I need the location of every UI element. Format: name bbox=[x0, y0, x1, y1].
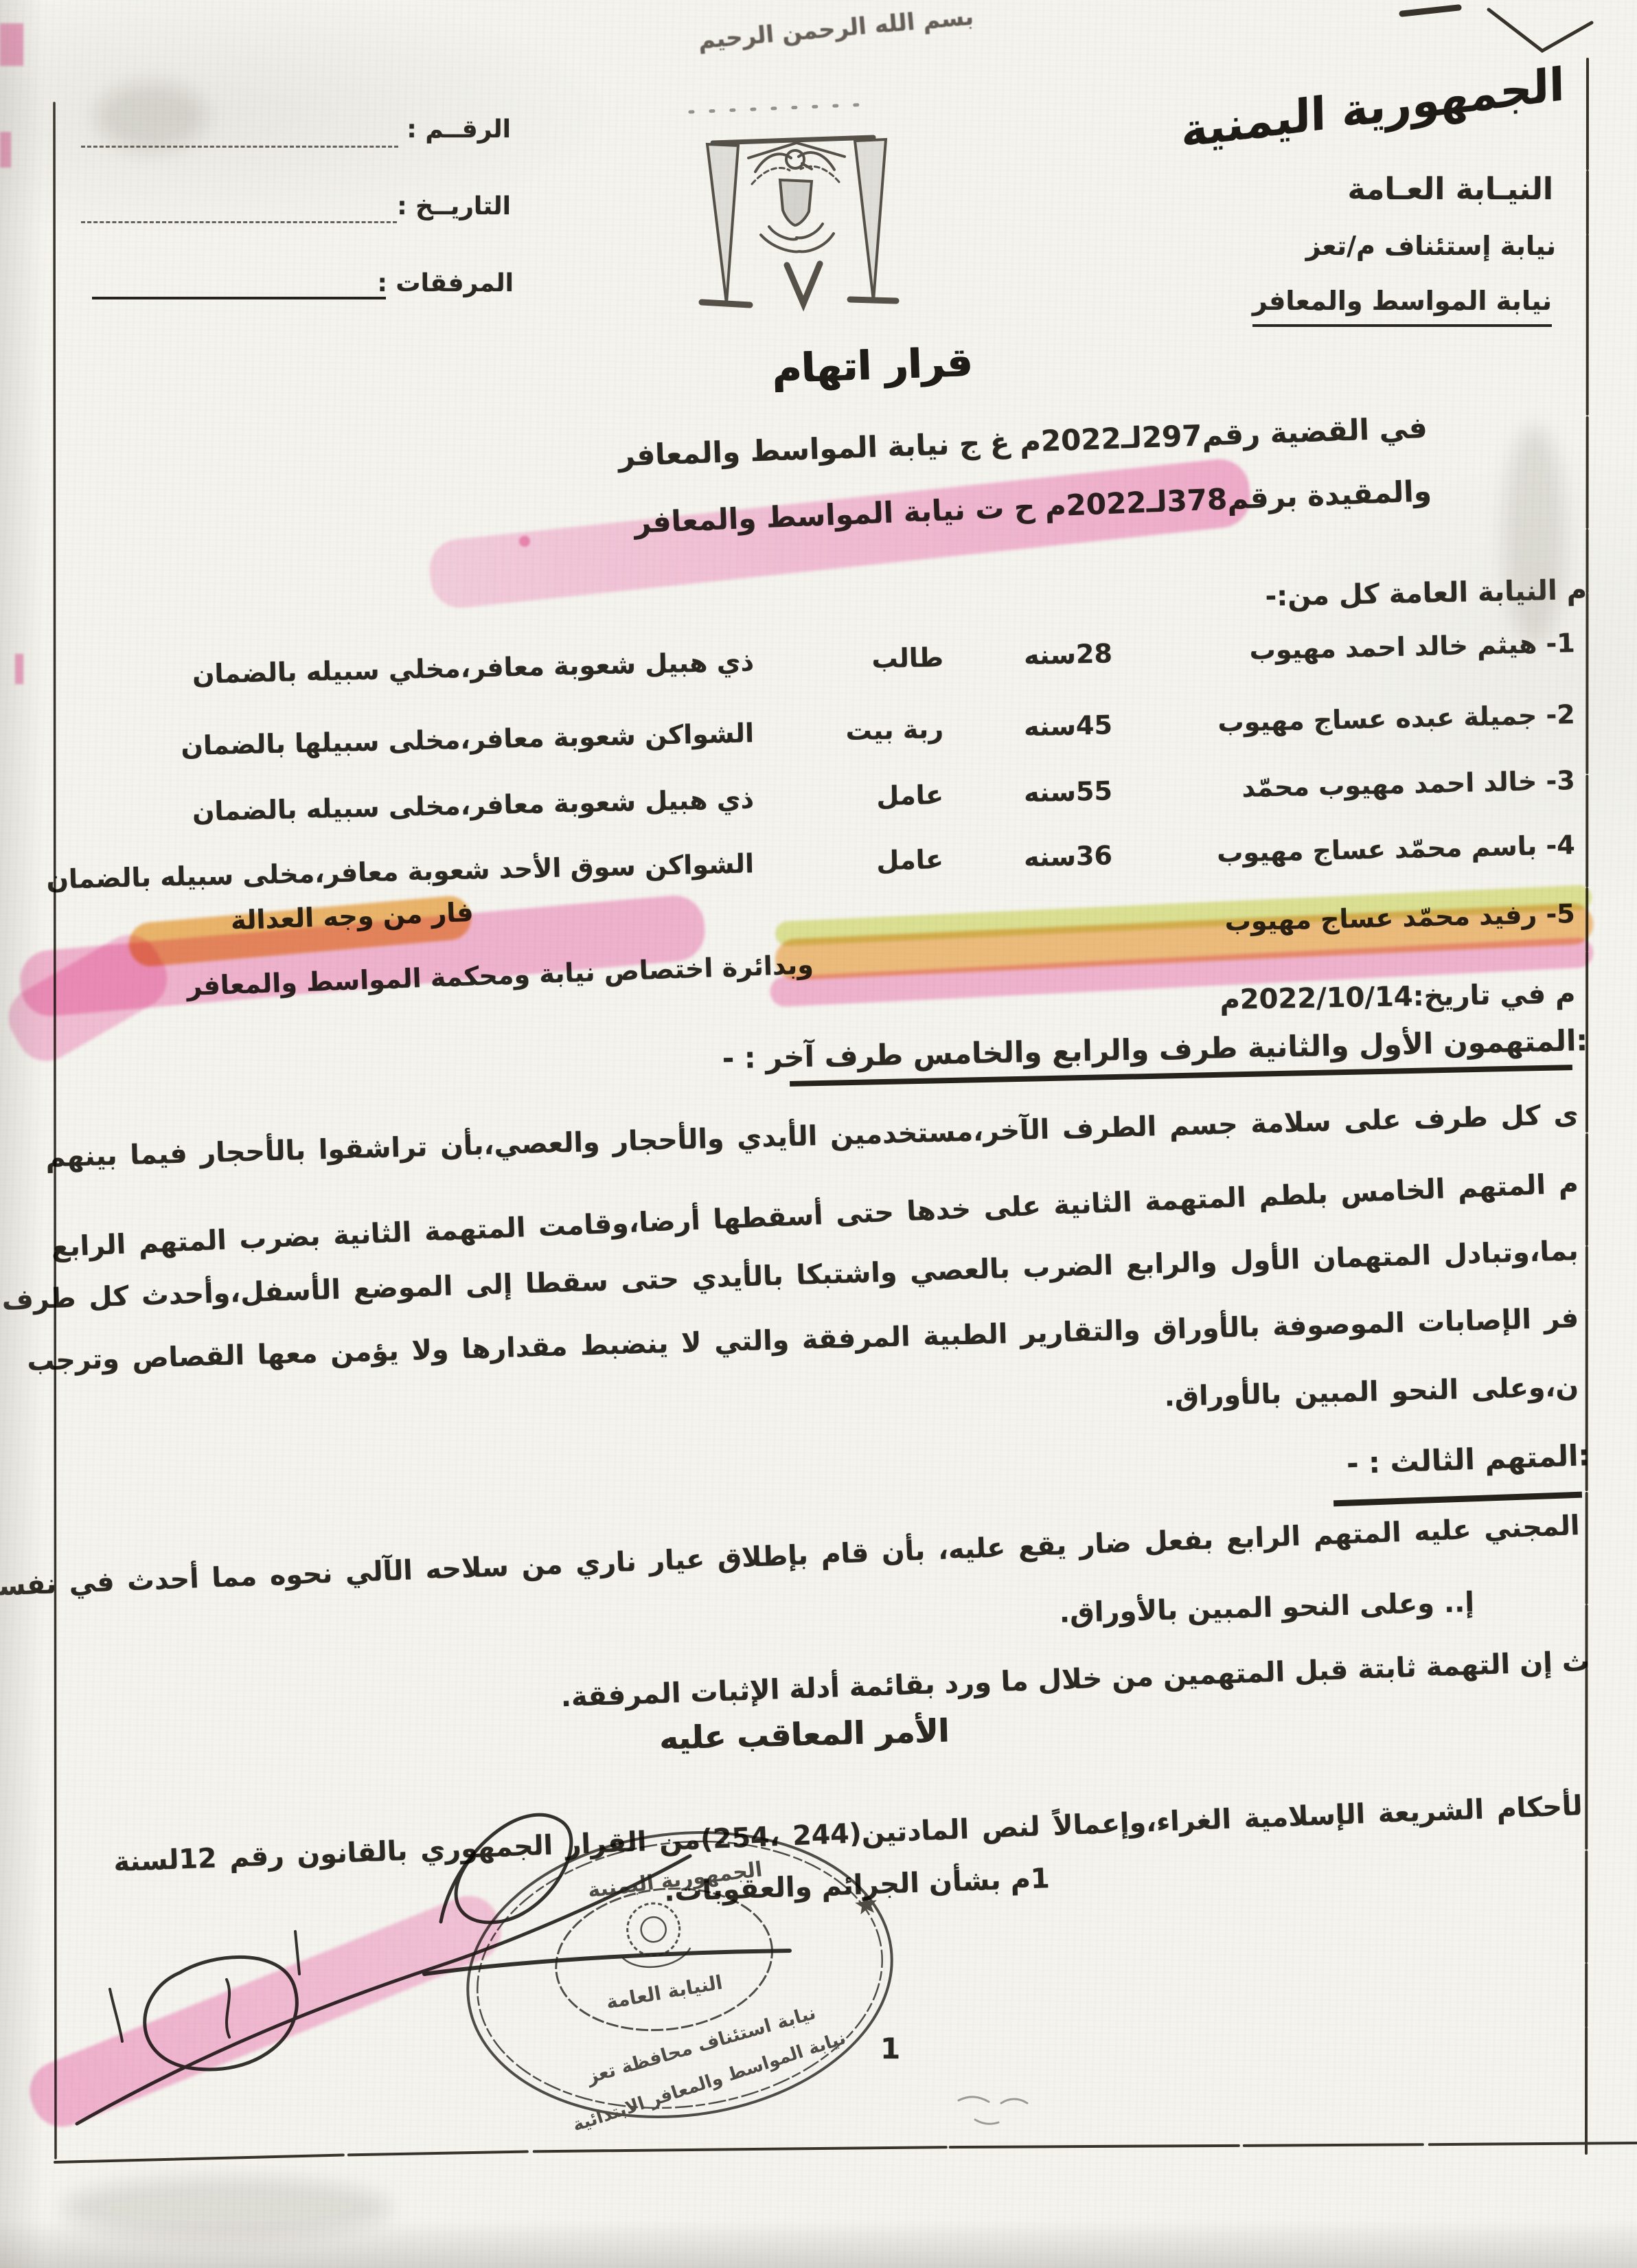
right-border-line bbox=[1586, 59, 1588, 2153]
scan-edge-shading bbox=[0, 0, 44, 2268]
stamp-center-text: النيابة العامة bbox=[604, 1971, 724, 2013]
scan-smudge bbox=[96, 82, 206, 151]
bottom-border-line bbox=[55, 2143, 1637, 2162]
scan-smudge bbox=[1504, 426, 1566, 646]
corner-dash-mark bbox=[1402, 8, 1458, 14]
scan-edge-shading bbox=[0, 2220, 1637, 2268]
faint-handwriting-marks bbox=[959, 2097, 1027, 2124]
corner-check-mark bbox=[1489, 10, 1592, 51]
scanned-indictment-page: بسم الله الرحمن الرحيم الجمهورية اليمنية… bbox=[0, 0, 1637, 2268]
scan-ink-overlay: الجمهورية اليمنية النيابة العامة نيابة ا… bbox=[0, 0, 1637, 2268]
emblem-v-mark bbox=[787, 264, 820, 304]
yemen-emblem-scales-icon bbox=[690, 104, 896, 305]
left-border-line bbox=[54, 103, 56, 2158]
handwritten-signature bbox=[77, 1815, 790, 2124]
